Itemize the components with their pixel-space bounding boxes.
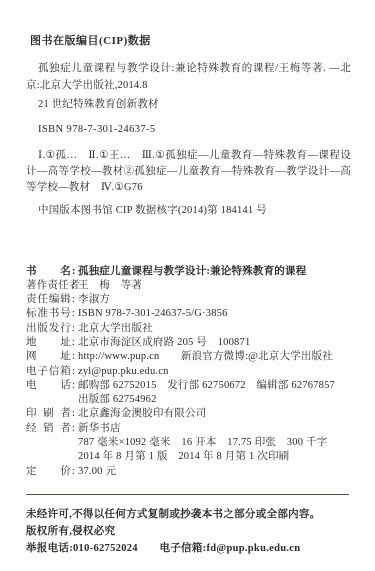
colophon-label: 书名: — [26, 265, 78, 279]
colophon-value: http://www.pup.cn 新浪官方微博:@北京大学出版社 — [78, 350, 351, 364]
book-copyright-page: 图书在版编目(CIP)数据 孤独症儿童课程与教学设计:兼论特殊教育的课程/王梅等… — [0, 0, 375, 571]
colophon-value: 北京大学出版社 — [78, 322, 351, 336]
colophon-extra-line: 787 毫米×1092 毫米 16 开本 17.75 印张 300 千字 — [26, 436, 351, 450]
colophon-extra-line: 出版部 62754962 — [26, 393, 351, 407]
colophon-label: 定价: — [26, 465, 78, 479]
colophon-row: 地址:北京市海淀区成府路 205 号 100871 — [26, 336, 351, 350]
colophon-row: 著作责任者:王 梅 等著 — [26, 279, 351, 293]
colophon-label: 责任编辑: — [26, 293, 78, 307]
notice-line-permission: 未经许可,不得以任何方式复制或抄袭本书之部分或全部内容。 — [26, 506, 351, 523]
colophon-label: 著作责任者: — [26, 279, 78, 293]
colophon-row: 经销者:新华书店 — [26, 422, 351, 436]
colophon-value: 邮购部 62752015 发行部 62750672 编辑部 62767857 — [78, 379, 351, 393]
colophon-value: 北京市海淀区成府路 205 号 100871 — [78, 336, 351, 350]
colophon-row: 责任编辑:李淑方 — [26, 293, 351, 307]
colophon-value: ISBN 978-7-301-24637-5/G·3856 — [78, 307, 351, 321]
notice-line-rights: 版权所有,侵权必究 — [26, 523, 351, 540]
colophon-row: 印刷者:北京鑫海金澳胶印有限公司 — [26, 407, 351, 421]
colophon-label: 电子信箱: — [26, 365, 78, 379]
colophon-label: 网址: — [26, 350, 78, 364]
colophon-value: 李淑方 — [78, 293, 351, 307]
cip-heading: 图书在版编目(CIP)数据 — [30, 32, 351, 48]
cip-record-number: 中国版本图书馆 CIP 数据核字(2014)第 184141 号 — [26, 203, 351, 219]
colophon-row: 标准书号:ISBN 978-7-301-24637-5/G·3856 — [26, 307, 351, 321]
colophon-extra-line: 2014 年 8 月第 1 版 2014 年 8 月第 1 次印刷 — [26, 450, 351, 464]
colophon-row: 书名:孤独症儿童课程与教学设计:兼论特殊教育的课程 — [26, 265, 351, 279]
colophon-label: 地址: — [26, 336, 78, 350]
cip-data-block: 图书在版编目(CIP)数据 孤独症儿童课程与教学设计:兼论特殊教育的课程/王梅等… — [26, 32, 351, 219]
colophon-value: 王 梅 等著 — [78, 279, 351, 293]
colophon-block: 书名:孤独症儿童课程与教学设计:兼论特殊教育的课程著作责任者:王 梅 等著责任编… — [26, 265, 351, 479]
notice-line-contact: 举报电话:010-62752024 电子信箱:fd@pup.pku.edu.cn — [26, 540, 351, 557]
cip-series-line: 21 世纪特殊教育创新教材 — [26, 97, 351, 113]
colophon-label: 出版发行: — [26, 322, 78, 336]
colophon-label: 经销者: — [26, 422, 78, 436]
colophon-row: 网址:http://www.pup.cn 新浪官方微博:@北京大学出版社 — [26, 350, 351, 364]
colophon-value: 新华书店 — [78, 422, 351, 436]
copyright-notice-block: 未经许可,不得以任何方式复制或抄袭本书之部分或全部内容。 版权所有,侵权必究 举… — [26, 506, 351, 557]
cip-classification-line: Ⅰ.①孤… Ⅱ.①王… Ⅲ.①孤独症—儿童教育—特殊教育—课程设计—高等学校—教… — [26, 148, 351, 196]
colophon-label: 电话: — [26, 379, 78, 393]
colophon-value: 37.00 元 — [78, 465, 351, 479]
colophon-label: 标准书号: — [26, 307, 78, 321]
colophon-label: 印刷者: — [26, 407, 78, 421]
colophon-value: 北京鑫海金澳胶印有限公司 — [78, 407, 351, 421]
cip-entry-line: 孤独症儿童课程与教学设计:兼论特殊教育的课程/王梅等著. —北京:北京大学出版社… — [26, 61, 351, 94]
cip-isbn-line: ISBN 978-7-301-24637-5 — [26, 122, 351, 138]
divider-line — [26, 494, 349, 495]
colophon-value: 孤独症儿童课程与教学设计:兼论特殊教育的课程 — [78, 265, 351, 279]
colophon-row: 电子信箱:zyl@pup.pku.edu.cn — [26, 365, 351, 379]
colophon-row: 定价:37.00 元 — [26, 465, 351, 479]
colophon-value: zyl@pup.pku.edu.cn — [78, 365, 351, 379]
colophon-row: 出版发行:北京大学出版社 — [26, 322, 351, 336]
colophon-row: 电话:邮购部 62752015 发行部 62750672 编辑部 6276785… — [26, 379, 351, 393]
